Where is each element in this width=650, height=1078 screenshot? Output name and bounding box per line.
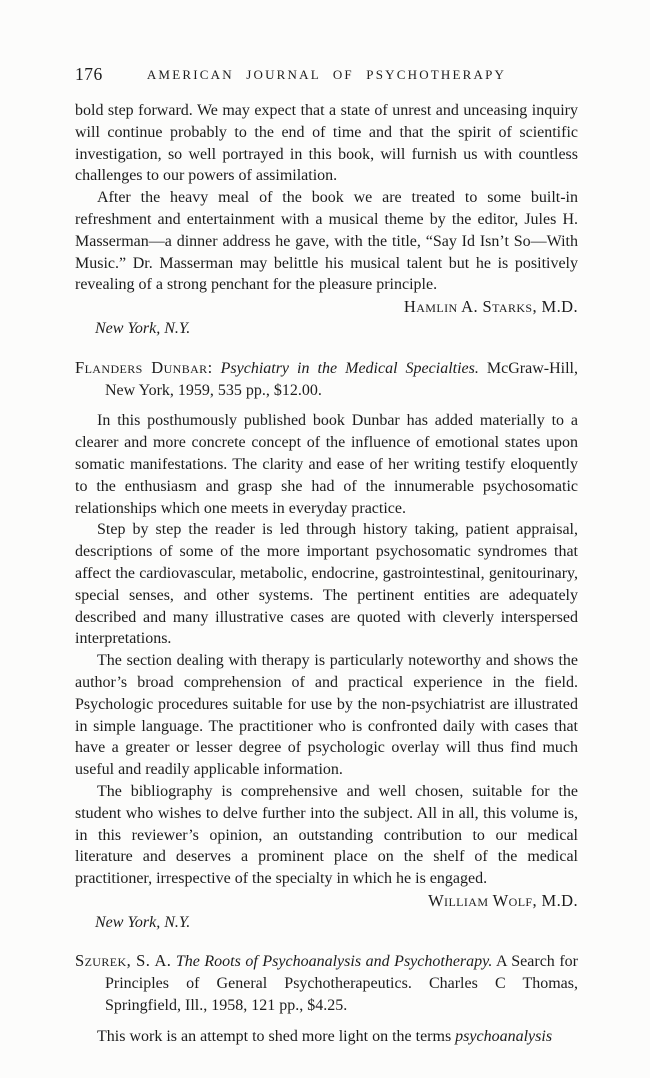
reviewer-signature: William Wolf, M.D. [75,890,578,912]
italic-term: psychoanalysis [455,1028,552,1045]
book-review-szurek: Szurek, S. A. The Roots of Psychoanalysi… [75,950,578,1047]
journal-title: AMERICAN JOURNAL OF PSYCHOTHERAPY [147,67,506,82]
review-paragraph: This work is an attempt to shed more lig… [75,1026,578,1048]
citation-author: Szurek, S. A. [75,951,171,970]
running-header: 176 AMERICAN JOURNAL OF PSYCHOTHERAPY [75,66,578,88]
journal-page: 176 AMERICAN JOURNAL OF PSYCHOTHERAPY bo… [0,0,650,1078]
review-continuation-starks: bold step forward. We may expect that a … [75,100,578,340]
page-number: 176 [75,64,103,85]
review-paragraph: bold step forward. We may expect that a … [75,100,578,187]
book-citation: Flanders Dunbar: Psychiatry in the Medic… [75,357,578,402]
review-paragraph: After the heavy meal of the book we are … [75,187,578,296]
review-paragraph: In this posthumously published book Dunb… [75,410,578,519]
book-citation: Szurek, S. A. The Roots of Psychoanalysi… [75,950,578,1016]
citation-title: The Roots of Psychoanalysis and Psychoth… [176,953,493,970]
review-paragraph: The bibliography is comprehensive and we… [75,781,578,890]
reviewer-signature: Hamlin A. Starks, M.D. [75,296,578,318]
reviewer-location: New York, N.Y. [75,912,578,934]
citation-author: Flanders Dunbar: [75,358,213,377]
review-paragraph: Step by step the reader is led through h… [75,519,578,650]
paragraph-text: This work is an attempt to shed more lig… [97,1028,451,1045]
review-paragraph: The section dealing with therapy is part… [75,650,578,781]
citation-title: Psychiatry in the Medical Specialties. [221,360,479,377]
text-block: bold step forward. We may expect that a … [75,100,578,1048]
book-review-dunbar: Flanders Dunbar: Psychiatry in the Medic… [75,357,578,934]
reviewer-location: New York, N.Y. [75,318,578,340]
